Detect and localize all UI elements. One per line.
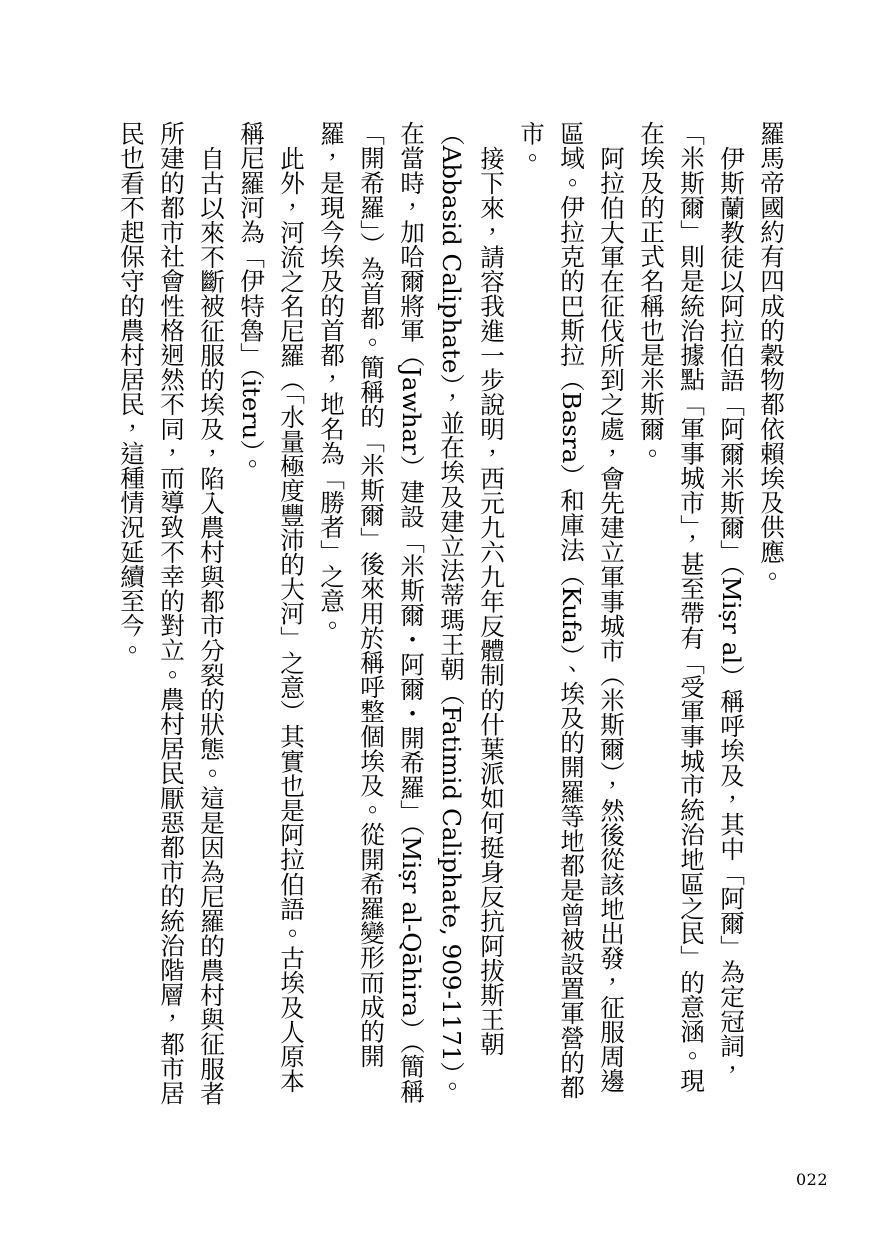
paragraph-5: 此外，河流之名尼羅（「水量極度豐沛的大河」之意）其實也是阿拉伯語。古埃及人原本稱… <box>231 121 311 1109</box>
paragraph-1: 羅馬帝國約有四成的穀物都依賴埃及供應。 <box>751 121 791 1109</box>
vertical-text-block: 羅馬帝國約有四成的穀物都依賴埃及供應。 伊斯蘭教徒以阿拉伯語「阿爾米斯爾」（Mi… <box>111 121 791 1109</box>
paragraph-2: 伊斯蘭教徒以阿拉伯語「阿爾米斯爾」（Miṣr al）稱呼埃及，其中「阿爾」為定冠… <box>631 121 751 1109</box>
book-page: 羅馬帝國約有四成的穀物都依賴埃及供應。 伊斯蘭教徒以阿拉伯語「阿爾米斯爾」（Mi… <box>0 0 886 1241</box>
paragraph-6: 自古以來不斷被征服的埃及，陷入農村與都市分裂的狀態。這是因為尼羅的農村與征服者所… <box>111 121 231 1109</box>
page-number: 022 <box>796 1172 828 1188</box>
paragraph-4: 接下來，請容我進一步說明，西元九六九年反體制的什葉派如何挺身反抗阿拔斯王朝（Ab… <box>311 121 511 1109</box>
paragraph-3: 阿拉伯大軍在征伐所到之處，會先建立軍事城市（米斯爾），然後從該地出發，征服周邊區… <box>511 121 631 1109</box>
